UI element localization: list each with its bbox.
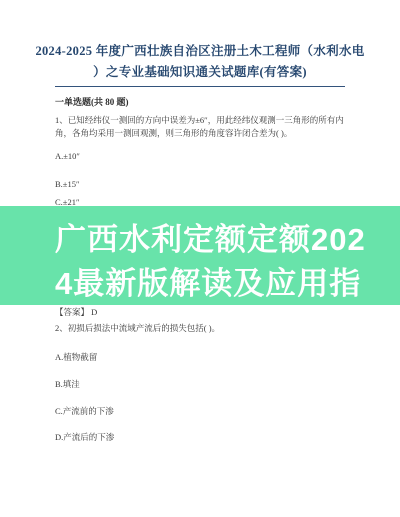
question-1-option-b: B.±15″ (55, 179, 305, 189)
promo-banner: 广西水利定额定额202 4最新版解读及应用指 (0, 206, 400, 305)
question-1-option-a: A.±10″ (55, 151, 305, 161)
section-heading: 一单选题(共 80 题) (55, 95, 355, 108)
question-2-option-c: C.产流前的下渗 (55, 405, 305, 417)
question-2-option-b: B.填洼 (55, 378, 305, 390)
document-page: 2024-2025 年度广西壮族自治区注册土木工程师（水利水电 ）之专业基础知识… (0, 0, 400, 517)
question-1-text: 1、已知经纬仪一测回的方向中误差为±6″，用此经纬仪观测一三角形的所有内角，各角… (55, 114, 350, 139)
answer-1-line: 【答案】 D (55, 306, 255, 318)
question-2-option-d: D.产流后的下渗 (55, 431, 305, 443)
promo-banner-line2: 4最新版解读及应用指 (55, 262, 400, 306)
document-title-line1: 2024-2025 年度广西壮族自治区注册土木工程师（水利水电 (30, 41, 370, 62)
title-underline-rule (55, 86, 345, 87)
document-title: 2024-2025 年度广西壮族自治区注册土木工程师（水利水电 ）之专业基础知识… (30, 41, 370, 83)
question-2-text: 2、初损后损法中流域产流后的损失包括( )。 (55, 322, 350, 335)
promo-banner-line1: 广西水利定额定额202 (55, 218, 400, 262)
question-2-option-a: A.植物截留 (55, 351, 305, 363)
document-title-line2: ）之专业基础知识通关试题库(有答案) (30, 62, 370, 83)
